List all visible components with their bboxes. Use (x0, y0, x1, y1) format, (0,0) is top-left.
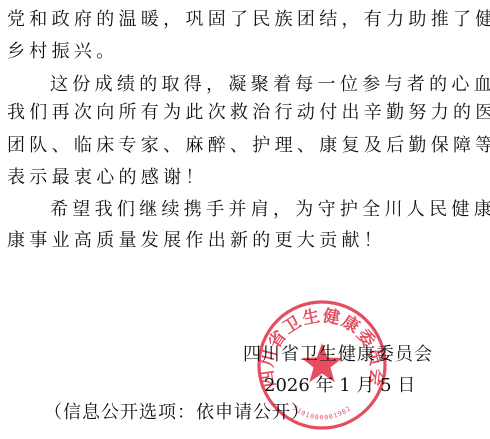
signature-organization: 四川省卫生健康委员会 (243, 343, 433, 367)
body-text-line: 康事业高质量发展作出新的更大贡献！ (7, 229, 386, 253)
body-text-line: 乡村振兴。 (7, 40, 119, 64)
body-text-line: 这份成绩的取得，凝聚着每一位参与者的心血与汗水。在此， (50, 73, 490, 97)
body-text-line: 团队、临床专家、麻醉、护理、康复及后勤保障等全体工作人员， (7, 134, 490, 158)
disclosure-note: （信息公开选项：依申请公开） (44, 401, 310, 425)
signature-date: 2026 年 1 月 5 日 (264, 374, 415, 398)
body-text-line: 表示最衷心的感谢！ (7, 166, 208, 190)
body-text-line: 希望我们继续携手并肩，为守护全川人民健康、推进卫生健 (50, 198, 490, 222)
body-text-line: 党和政府的温暖，巩固了民族团结，有力助推了健康四川建设和 (7, 8, 490, 32)
body-text-line: 我们再次向所有为此次救治行动付出辛勤努力的医院领导、管理 (7, 101, 490, 125)
